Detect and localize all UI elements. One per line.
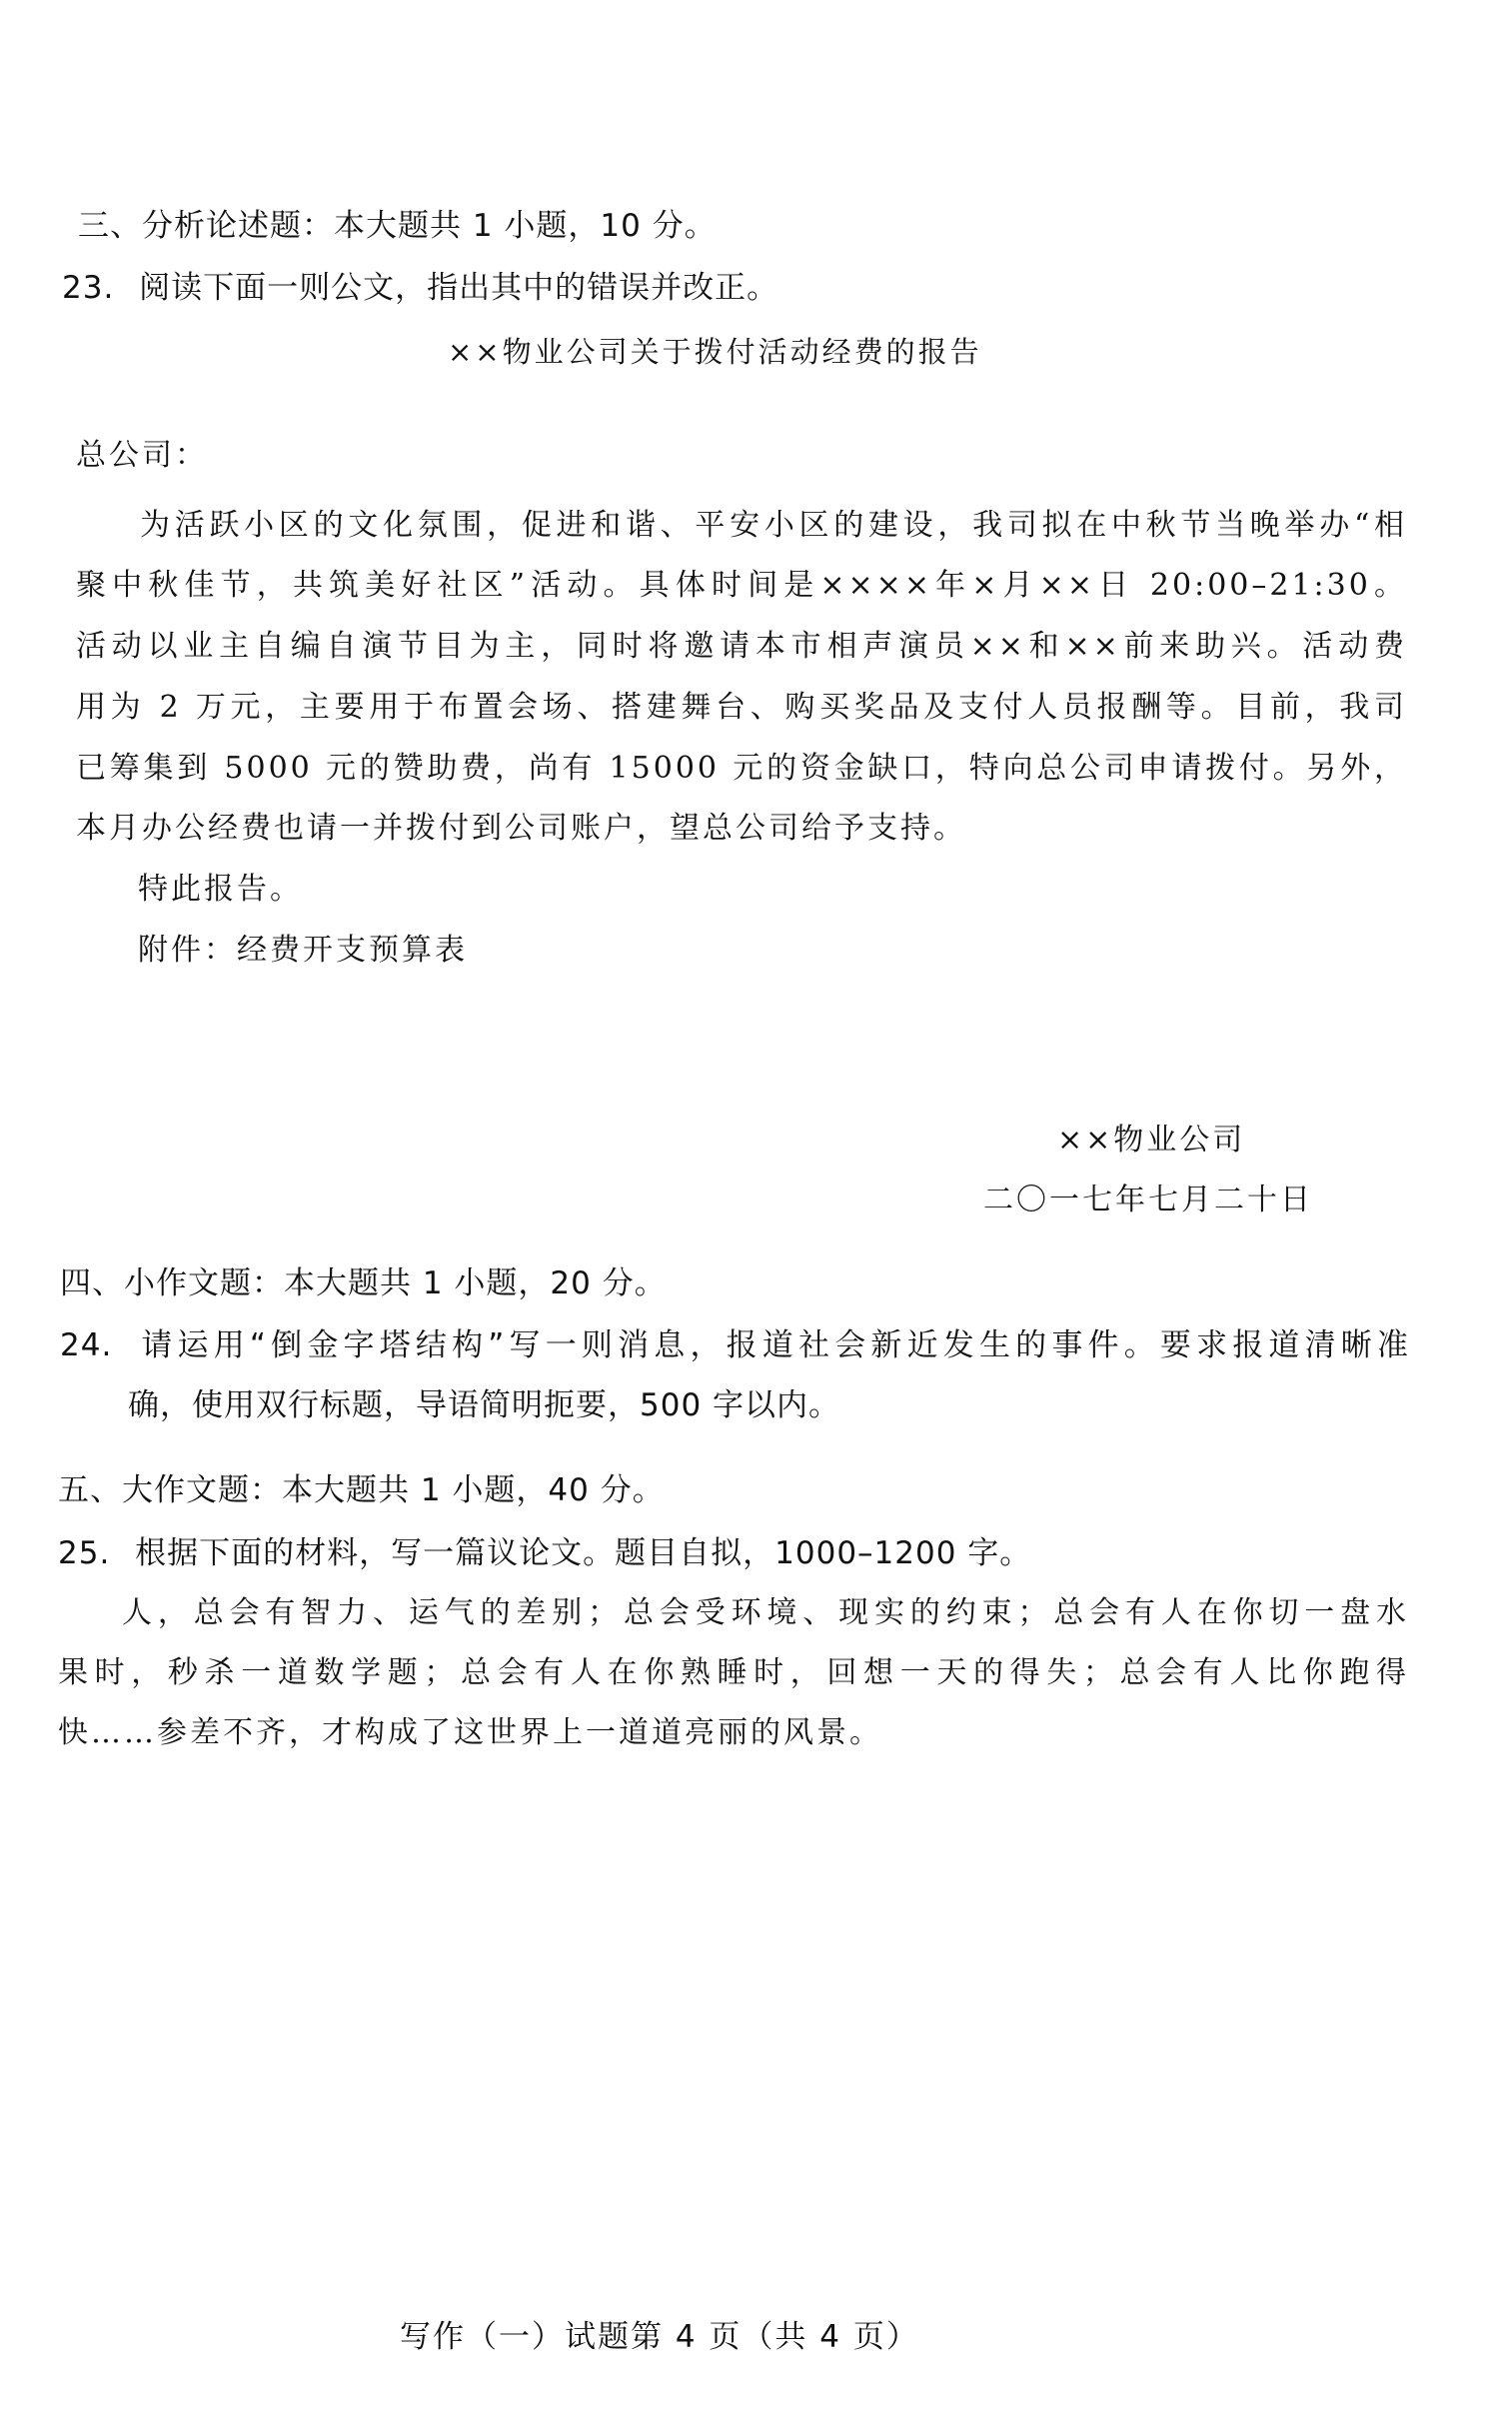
- section-4-heading: 四、小作文题：本大题共 1 小题，20 分。: [60, 1257, 667, 1302]
- document-body-line: 聚中秋佳节，共筑美好社区”活动。具体时间是××××年×月××日 20:00–21…: [76, 560, 1407, 604]
- question-23: 23. 阅读下面一则公文，指出其中的错误并改正。: [62, 262, 778, 307]
- page-footer: 写作（一）试题第 4 页（共 4 页）: [400, 2311, 919, 2356]
- exam-page: 三、分析论述题：本大题共 1 小题，10 分。 23. 阅读下面一则公文，指出其…: [0, 0, 1512, 2421]
- question-number: 25.: [58, 1535, 110, 1571]
- document-signature: ××物业公司: [1057, 1115, 1245, 1159]
- material-line: 快……参差不齐，才构成了这世界上一道道亮丽的风景。: [58, 1707, 882, 1751]
- document-closing: 特此报告。: [138, 864, 303, 908]
- document-date: 二〇一七年七月二十日: [983, 1175, 1313, 1218]
- question-text: 根据下面的材料，写一篇议论文。题目自拟，1000–1200 字。: [135, 1535, 1031, 1571]
- question-text: 阅读下面一则公文，指出其中的错误并改正。: [139, 270, 778, 306]
- question-text: 请运用“倒金字塔结构”写一则消息，报道社会新近发生的事件。要求报道清晰准: [141, 1327, 1409, 1363]
- document-salutation: 总公司：: [76, 430, 208, 474]
- question-number: 24.: [60, 1327, 112, 1363]
- section-5-heading: 五、大作文题：本大题共 1 小题，40 分。: [58, 1464, 665, 1509]
- section-3-heading: 三、分析论述题：本大题共 1 小题，10 分。: [78, 200, 717, 245]
- document-body-line: 为活跃小区的文化氛围，促进和谐、平安小区的建设，我司拟在中秋节当晚举办“相: [140, 500, 1407, 544]
- question-number: 23.: [62, 270, 114, 306]
- document-title: ××物业公司关于拨付活动经费的报告: [448, 330, 982, 371]
- document-body-line: 本月办公经费也请一并拨付到公司账户，望总公司给予支持。: [76, 803, 966, 847]
- document-body-line: 活动以业主自编自演节目为主，同时将邀请本市相声演员××和××前来助兴。活动费: [76, 621, 1407, 665]
- question-24-line-1: 24. 请运用“倒金字塔结构”写一则消息，报道社会新近发生的事件。要求报道清晰准: [60, 1319, 1409, 1364]
- material-line: 果时，秒杀一道数学题；总会有人在你熟睡时，回想一天的得失；总会有人比你跑得: [58, 1647, 1409, 1691]
- document-body-line: 已筹集到 5000 元的赞助费，尚有 15000 元的资金缺口，特向总公司申请拨…: [76, 743, 1407, 787]
- question-24-line-2: 确，使用双行标题，导语简明扼要，500 字以内。: [128, 1379, 840, 1424]
- question-25: 25. 根据下面的材料，写一篇议论文。题目自拟，1000–1200 字。: [58, 1527, 1031, 1572]
- document-attachment: 附件：经费开支预算表: [138, 925, 468, 969]
- material-line: 人，总会有智力、运气的差别；总会受环境、现实的约束；总会有人在你切一盘水: [122, 1587, 1409, 1631]
- document-body-line: 用为 2 万元，主要用于布置会场、搭建舞台、购买奖品及支付人员报酬等。目前，我司: [76, 682, 1407, 726]
